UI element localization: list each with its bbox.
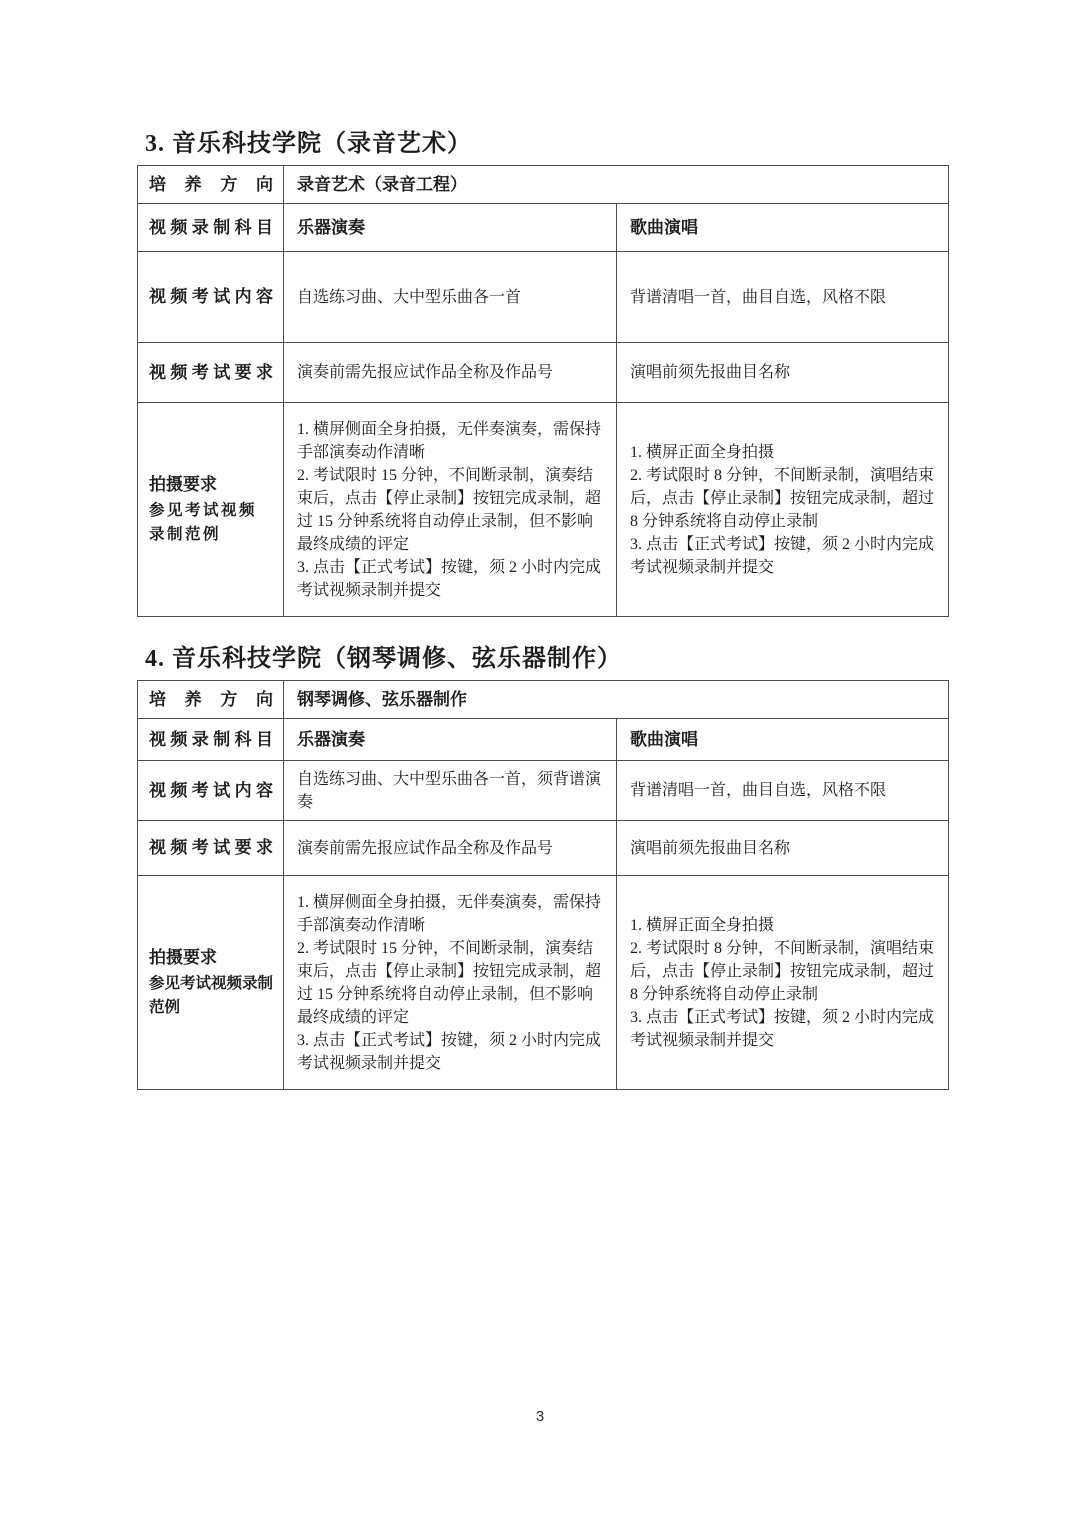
cell-subject-instrument: 乐器演奏: [284, 719, 617, 761]
cell-direction-value: 钢琴调修、弦乐器制作: [284, 681, 949, 719]
cell-content-label: 视频考试内容: [138, 252, 284, 343]
page-number: 3: [536, 1408, 544, 1425]
document-page: 3. 音乐科技学院（录音艺术） 培养方向 录音艺术（录音工程） 视频录制科目 乐…: [137, 128, 948, 1090]
table-row: 培养方向 录音艺术（录音工程）: [138, 166, 949, 204]
cell-direction-label: 培养方向: [138, 166, 284, 204]
cell-subject-vocal: 歌曲演唱: [617, 204, 949, 252]
table-row: 视频考试要求 演奏前需先报应试作品全称及作品号 演唱前须先报曲目名称: [138, 343, 949, 403]
cell-content-vocal: 背谱清唱一首，曲目自选，风格不限: [617, 761, 949, 821]
shoot-sublabel-text: 参见考试视频录制范例: [149, 499, 273, 547]
shoot-label-text: 拍摄要求: [149, 475, 217, 494]
table-row: 视频考试内容 自选练习曲、大中型乐曲各一首 背谱清唱一首，曲目自选，风格不限: [138, 252, 949, 343]
cell-shoot-label: 拍摄要求 参见考试视频录制范例: [138, 876, 284, 1090]
cell-content-instrument: 自选练习曲、大中型乐曲各一首，须背谱演奏: [284, 761, 617, 821]
cell-direction-label: 培养方向: [138, 681, 284, 719]
table-row: 视频考试要求 演奏前需先报应试作品全称及作品号 演唱前须先报曲目名称: [138, 821, 949, 876]
cell-require-instrument: 演奏前需先报应试作品全称及作品号: [284, 343, 617, 403]
table-row: 拍摄要求 参见考试视频录制范例 1. 横屏侧面全身拍摄，无伴奏演奏，需保持手部演…: [138, 876, 949, 1090]
table-row: 拍摄要求 参见考试视频录制范例 1. 横屏侧面全身拍摄，无伴奏演奏，需保持手部演…: [138, 403, 949, 617]
cell-content-vocal: 背谱清唱一首，曲目自选，风格不限: [617, 252, 949, 343]
cell-shoot-vocal: 1. 横屏正面全身拍摄 2. 考试限时 8 分钟，不间断录制，演唱结束后，点击【…: [617, 403, 949, 617]
exam-table-recording-arts: 培养方向 录音艺术（录音工程） 视频录制科目 乐器演奏 歌曲演唱 视频考试内容 …: [137, 165, 949, 617]
cell-shoot-label: 拍摄要求 参见考试视频录制范例: [138, 403, 284, 617]
cell-content-label: 视频考试内容: [138, 761, 284, 821]
exam-table-piano-tuning: 培养方向 钢琴调修、弦乐器制作 视频录制科目 乐器演奏 歌曲演唱 视频考试内容 …: [137, 680, 949, 1090]
cell-direction-value: 录音艺术（录音工程）: [284, 166, 949, 204]
cell-subject-instrument: 乐器演奏: [284, 204, 617, 252]
table-row: 培养方向 钢琴调修、弦乐器制作: [138, 681, 949, 719]
cell-require-label: 视频考试要求: [138, 821, 284, 876]
table-row: 视频考试内容 自选练习曲、大中型乐曲各一首，须背谱演奏 背谱清唱一首，曲目自选，…: [138, 761, 949, 821]
cell-require-instrument: 演奏前需先报应试作品全称及作品号: [284, 821, 617, 876]
cell-shoot-instrument: 1. 横屏侧面全身拍摄，无伴奏演奏，需保持手部演奏动作清晰 2. 考试限时 15…: [284, 403, 617, 617]
cell-shoot-vocal: 1. 横屏正面全身拍摄 2. 考试限时 8 分钟，不间断录制，演唱结束后，点击【…: [617, 876, 949, 1090]
cell-shoot-instrument: 1. 横屏侧面全身拍摄，无伴奏演奏，需保持手部演奏动作清晰 2. 考试限时 15…: [284, 876, 617, 1090]
cell-require-vocal: 演唱前须先报曲目名称: [617, 343, 949, 403]
section-title-piano-tuning: 4. 音乐科技学院（钢琴调修、弦乐器制作）: [137, 643, 948, 675]
table-row: 视频录制科目 乐器演奏 歌曲演唱: [138, 204, 949, 252]
cell-subject-label: 视频录制科目: [138, 719, 284, 761]
section-gap: [137, 617, 948, 643]
cell-require-label: 视频考试要求: [138, 343, 284, 403]
cell-subject-label: 视频录制科目: [138, 204, 284, 252]
shoot-sublabel-text: 参见考试视频录制范例: [149, 972, 273, 1020]
cell-require-vocal: 演唱前须先报曲目名称: [617, 821, 949, 876]
section-title-recording-arts: 3. 音乐科技学院（录音艺术）: [137, 128, 948, 160]
table-row: 视频录制科目 乐器演奏 歌曲演唱: [138, 719, 949, 761]
cell-subject-vocal: 歌曲演唱: [617, 719, 949, 761]
cell-content-instrument: 自选练习曲、大中型乐曲各一首: [284, 252, 617, 343]
shoot-label-text: 拍摄要求: [149, 948, 217, 967]
